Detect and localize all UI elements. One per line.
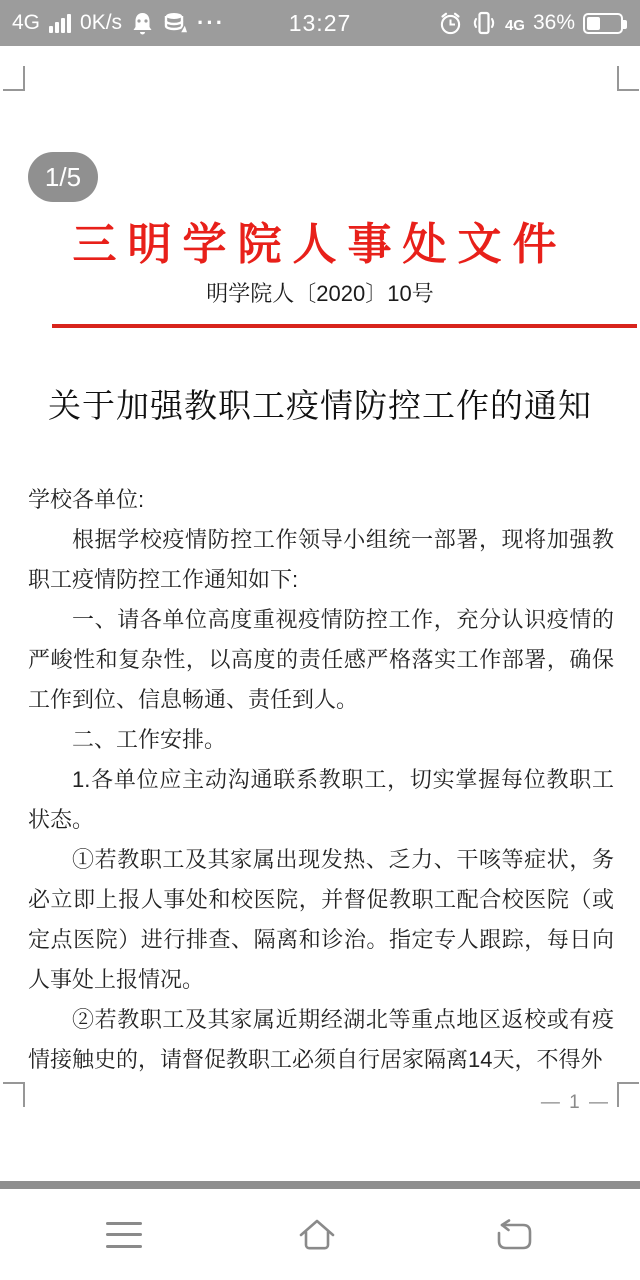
document-letterhead: 三明学院人事处文件 [0, 222, 640, 268]
vibrate-icon [471, 10, 497, 36]
corner-mark-top-right [617, 66, 639, 91]
notification-bell-icon [131, 11, 154, 35]
network-type-label: 4G [12, 11, 40, 35]
paragraph-salutation: 学校各单位: [28, 480, 614, 520]
storage-alert-icon [163, 11, 188, 35]
menu-button[interactable] [106, 1222, 142, 1248]
home-button[interactable] [297, 1218, 337, 1252]
battery-percent-label: 36% [533, 11, 575, 35]
letterhead-rule [52, 324, 637, 328]
paragraph: ①若教职工及其家属出现发热、乏力、干咳等症状，务必立即上报人事处和校医院，并督促… [28, 840, 614, 1000]
document-page[interactable]: 1/5 三明学院人事处文件 明学院人〔2020〕10号 关于加强教职工疫情防控工… [0, 46, 640, 1181]
navigation-bar [0, 1189, 640, 1280]
document-title: 关于加强教职工疫情防控工作的通知 [0, 384, 640, 428]
navbar-divider [0, 1181, 640, 1189]
signal-strength-icon [49, 13, 71, 33]
paragraph: ②若教职工及其家属近期经湖北等重点地区返校或有疫情接触史的，请督促教职工必须自行… [28, 1000, 614, 1080]
battery-icon [583, 13, 623, 34]
clock-label: 13:27 [289, 10, 352, 37]
corner-mark-top-left [3, 66, 25, 91]
more-notifications-icon: ··· [197, 10, 225, 36]
status-bar: 4G 0K/s ··· 13:27 [0, 0, 640, 46]
paragraph: 1.各单位应主动沟通联系教职工，切实掌握每位教职工状态。 [28, 760, 614, 840]
paragraph: 二、工作安排。 [28, 720, 614, 760]
network-type-right-label: 4G [505, 17, 525, 34]
document-body: 学校各单位: 根据学校疫情防控工作领导小组统一部署，现将加强教职工疫情防控工作通… [0, 480, 640, 1080]
back-button[interactable] [492, 1218, 534, 1252]
paragraph: 一、请各单位高度重视疫情防控工作，充分认识疫情的严峻性和复杂性，以高度的责任感严… [28, 600, 614, 720]
corner-mark-bottom-left [3, 1082, 25, 1107]
document-number: 明学院人〔2020〕10号 [0, 280, 640, 308]
status-right-group: 4G 36% [351, 10, 628, 36]
page-indicator-badge: 1/5 [28, 152, 98, 202]
phone-screen: 4G 0K/s ··· 13:27 [0, 0, 640, 1280]
status-left-group: 4G 0K/s ··· [12, 10, 289, 36]
corner-mark-bottom-right [617, 1082, 639, 1107]
alarm-clock-icon [438, 11, 463, 36]
paragraph: 根据学校疫情防控工作领导小组统一部署，现将加强教职工疫情防控工作通知如下: [28, 520, 614, 600]
network-speed-label: 0K/s [80, 11, 122, 35]
page-number-footer: — 1 — [541, 1092, 610, 1114]
